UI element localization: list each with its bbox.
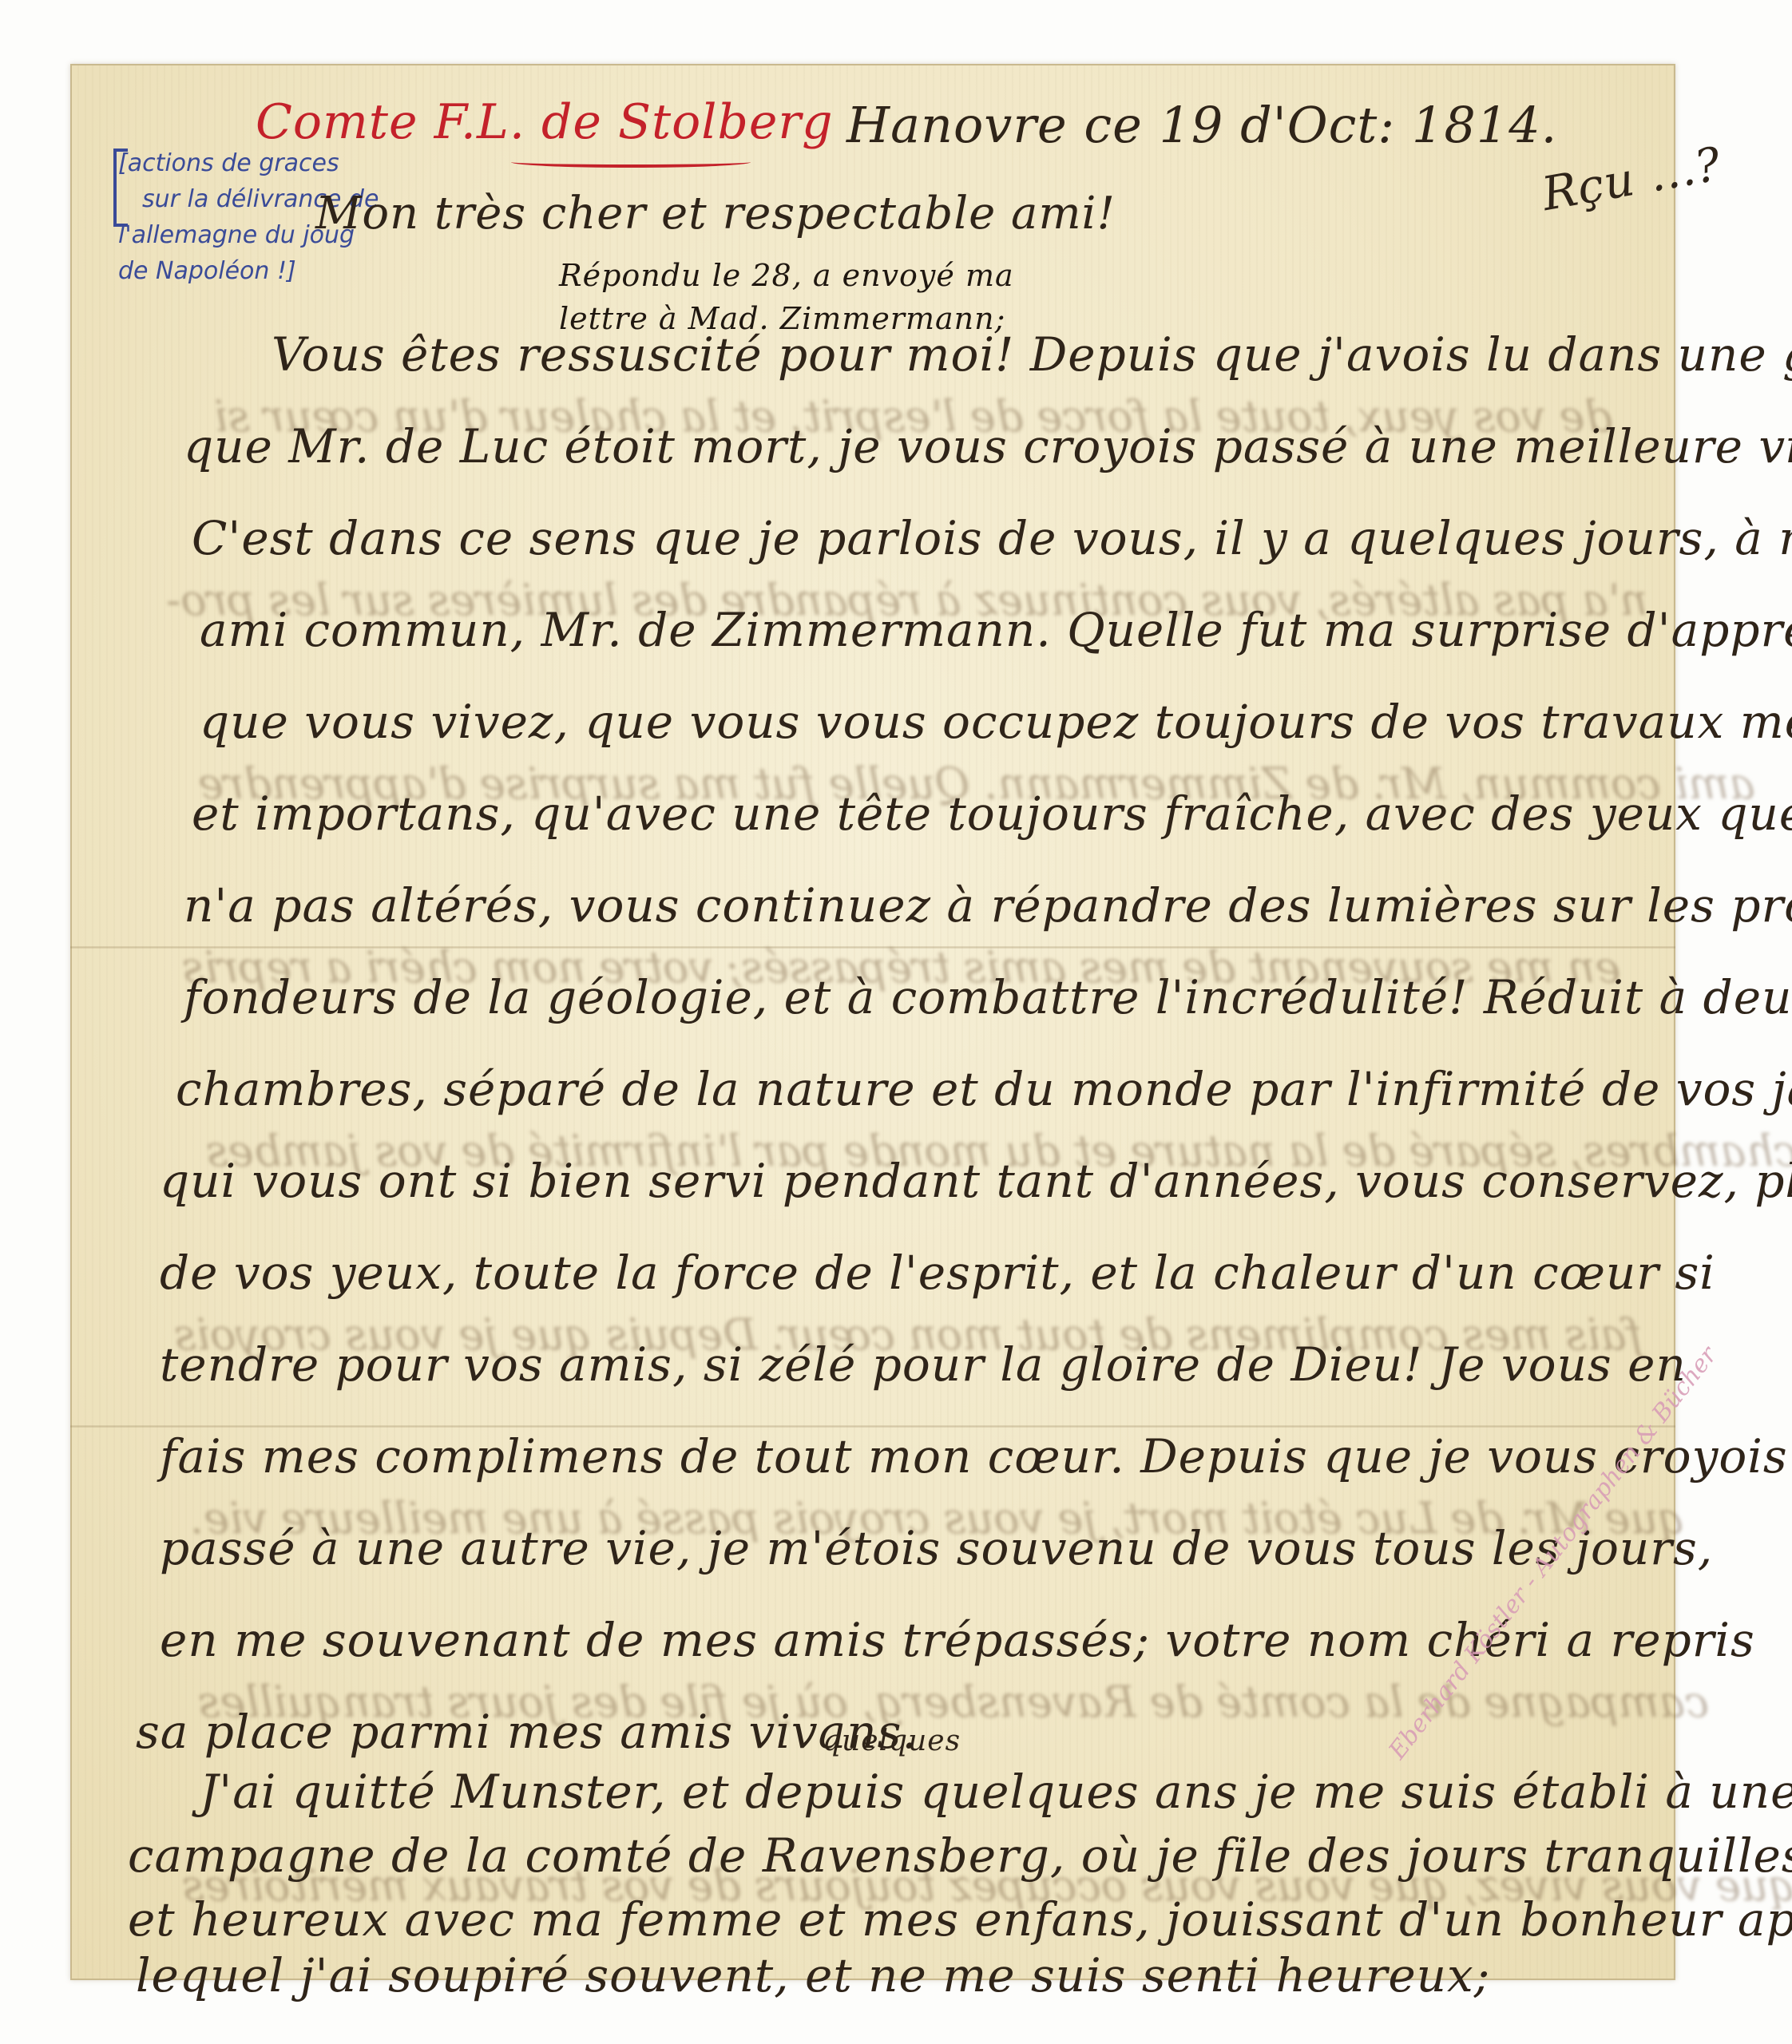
letter-body-line: J'ai quitté Munster, et depuis quelques … [200, 1765, 1792, 1819]
letter-body-line: ami commun, Mr. de Zimmermann. Quelle fu… [200, 603, 1792, 657]
letter-body-line: fais mes complimens de tout mon cœur. De… [160, 1429, 1788, 1483]
letter-body-line: n'a pas altérés, vous continuez à répand… [184, 878, 1792, 933]
annotation-line: de Napoléon !] [118, 253, 462, 289]
letter-body-line: Vous êtes ressuscité pour moi! Depuis qu… [272, 327, 1792, 382]
page-stage: de vos yeux, toute la force de l'esprit,… [0, 0, 1792, 2044]
letter-body-line: C'est dans ce sens que je parlois de vou… [192, 511, 1792, 565]
header-name-red: Comte F.L. de Stolberg [256, 94, 833, 150]
interlinear-insert: quelques [823, 1725, 961, 1757]
letter-body-line: passé à une autre vie, je m'étois souven… [160, 1521, 1713, 1575]
letter-body-line: fondeurs de la géologie, et à combattre … [184, 970, 1792, 1024]
letter-body-line: lequel j'ai soupiré souvent, et ne me su… [136, 1948, 1490, 2002]
letter-body-line: sa place parmi mes amis vivans. [136, 1705, 918, 1759]
letter-body-line: de vos yeux, toute la force de l'esprit,… [160, 1246, 1715, 1300]
letter-body-line: que vous vivez, que vous vous occupez to… [200, 695, 1792, 749]
letter-body-line: qui vous ont si bien servi pendant tant … [160, 1154, 1792, 1208]
paper-fold-line [70, 1425, 1675, 1428]
letter-body-line: que Mr. de Luc étoit mort, je vous croyo… [184, 419, 1792, 473]
header-name-underline [511, 156, 751, 168]
annotation-line: [actions de graces [118, 145, 462, 181]
letter-body-line: tendre pour vos amis, si zélé pour la gl… [160, 1337, 1687, 1392]
letter-body-line: chambres, séparé de la nature et du mond… [176, 1062, 1792, 1116]
letter-body-line: et importans, qu'avec une tête toujours … [192, 786, 1792, 841]
letter-body-line: et heureux avec ma femme et mes enfans, … [128, 1892, 1792, 1947]
place-date-line: Hanovre ce 19 d'Oct: 1814. [846, 96, 1557, 154]
salutation: Mon très cher et respectable ami! [315, 188, 1116, 240]
letter-body-line: campagne de la comté de Ravensberg, où j… [128, 1828, 1792, 1883]
reply-note-line: Répondu le 28, a envoyé ma [559, 254, 1014, 297]
bracket-icon [113, 149, 128, 227]
